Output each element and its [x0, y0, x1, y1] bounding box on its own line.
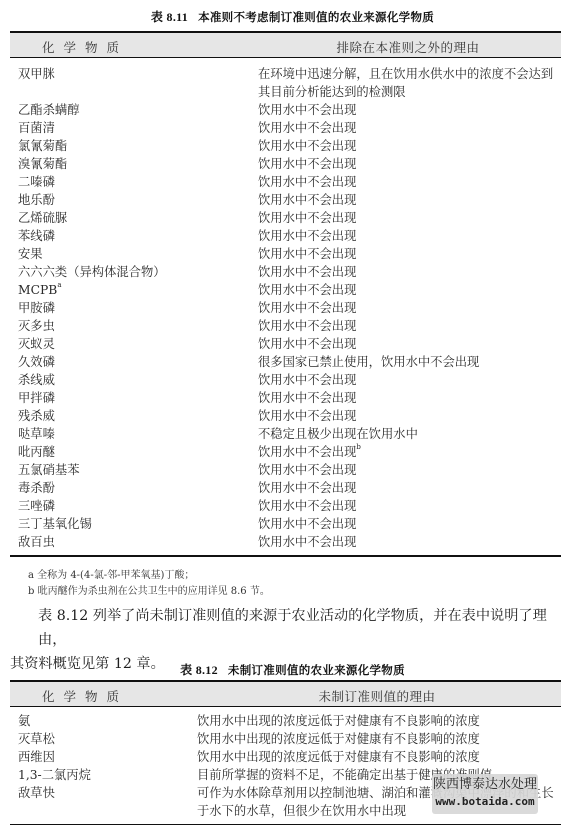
substance-cell: 灭多虫: [18, 317, 55, 335]
substance-name: 灭蚁灵: [18, 337, 55, 351]
substance-cell: 三丁基氧化锡: [18, 515, 92, 533]
substance-cell: 六六六类（异构体混合物）: [18, 263, 166, 281]
substance-name: 溴氰菊酯: [18, 157, 67, 171]
reason-cell: 饮用水中不会出现: [258, 389, 558, 407]
table-8-12-caption: 表 8.12未制订准则值的农业来源化学物质: [0, 661, 585, 678]
reason-cell: 饮用水中不会出现: [258, 461, 558, 479]
substance-cell: 久效磷: [18, 353, 55, 371]
table-header: 化学物质 排除在本准则之外的理由: [10, 31, 561, 58]
substance-name: 氨: [18, 714, 30, 728]
reason-cell: 饮用水中不会出现: [258, 335, 558, 353]
reason-cell: 饮用水中出现的浓度远低于对健康有不良影响的浓度: [197, 748, 555, 766]
substance-name: 五氯硝基苯: [18, 463, 80, 477]
substance-cell: 氯氰菊酯: [18, 137, 67, 155]
substance-name: 残杀威: [18, 409, 55, 423]
reason-text: 饮用水中不会出现: [258, 319, 356, 333]
column-header-reason: 排除在本准则之外的理由: [258, 38, 558, 56]
reason-text: 饮用水中不会出现: [258, 211, 356, 225]
reason-cell: 饮用水中不会出现b: [258, 443, 558, 461]
substance-name: 哒草嗪: [18, 427, 55, 441]
substance-cell: 哒草嗪: [18, 425, 55, 443]
column-header-reason: 未制订准则值的理由: [197, 687, 557, 705]
reason-cell: 饮用水中不会出现: [258, 479, 558, 497]
table-row: 杀线威饮用水中不会出现: [10, 371, 561, 389]
substance-name: 二嗪磷: [18, 175, 55, 189]
reason-cell: 饮用水中不会出现: [258, 155, 558, 173]
table-row: 灭蚁灵饮用水中不会出现: [10, 335, 561, 353]
reason-text: 饮用水中不会出现: [258, 445, 356, 459]
substance-name: 敌百虫: [18, 535, 55, 549]
reason-text: 饮用水中不会出现: [258, 517, 356, 531]
substance-name: 敌草快: [18, 786, 55, 800]
table-row: 双甲脒在环境中迅速分解，且在饮用水供水中的浓度不会达到其目前分析能达到的检测限: [10, 65, 561, 101]
substance-name: 苯线磷: [18, 229, 55, 243]
reason-text: 饮用水中不会出现: [258, 139, 356, 153]
table-row: 五氯硝基苯饮用水中不会出现: [10, 461, 561, 479]
footnote-marker: b: [356, 443, 360, 451]
reason-cell: 饮用水中不会出现: [258, 533, 558, 551]
reason-cell: 饮用水中不会出现: [258, 515, 558, 533]
reason-cell: 饮用水中不会出现: [258, 407, 558, 425]
substance-cell: 乙烯硫脲: [18, 209, 67, 227]
table-body: 双甲脒在环境中迅速分解，且在饮用水供水中的浓度不会达到其目前分析能达到的检测限乙…: [10, 58, 561, 557]
substance-cell: 溴氰菊酯: [18, 155, 67, 173]
reason-cell: 饮用水中出现的浓度远低于对健康有不良影响的浓度: [197, 712, 555, 730]
substance-cell: 甲胺磷: [18, 299, 55, 317]
substance-name: 杀线威: [18, 373, 55, 387]
substance-cell: 百菌清: [18, 119, 55, 137]
reason-cell: 饮用水中不会出现: [258, 101, 558, 119]
reason-cell: 饮用水中不会出现: [258, 263, 558, 281]
substance-name: 双甲脒: [18, 67, 55, 81]
substance-cell: 地乐酚: [18, 191, 55, 209]
watermark-company: 陕西博泰达水处理: [432, 776, 538, 794]
table-8-11-caption: 表 8.11本准则不考虑制订准则值的农业来源化学物质: [0, 8, 585, 25]
reason-text: 饮用水中不会出现: [258, 481, 356, 495]
substance-cell: 灭草松: [18, 730, 55, 748]
substance-name: 六六六类（异构体混合物）: [18, 265, 166, 279]
footnote-a: a 全称为 4-(4-氯-邻-甲苯氧基)丁酸；: [28, 568, 270, 584]
substance-name: 三唑磷: [18, 499, 55, 513]
footnotes: a 全称为 4-(4-氯-邻-甲苯氧基)丁酸； b 吡丙醚作为杀虫剂在公共卫生中…: [28, 568, 270, 600]
substance-cell: 氨: [18, 712, 30, 730]
substance-cell: 吡丙醚: [18, 443, 55, 461]
reason-text: 饮用水中不会出现: [258, 229, 356, 243]
column-header-substance: 化学物质: [10, 687, 160, 705]
reason-cell: 饮用水中不会出现: [258, 191, 558, 209]
substance-name: 地乐酚: [18, 193, 55, 207]
table-row: 安果饮用水中不会出现: [10, 245, 561, 263]
substance-name: 灭多虫: [18, 319, 55, 333]
table-row: 溴氰菊酯饮用水中不会出现: [10, 155, 561, 173]
table-row: 二嗪磷饮用水中不会出现: [10, 173, 561, 191]
table-row: 久效磷很多国家已禁止使用，饮用水中不会出现: [10, 353, 561, 371]
substance-cell: 敌百虫: [18, 533, 55, 551]
substance-cell: 杀线威: [18, 371, 55, 389]
substance-name: MCPB: [18, 283, 57, 297]
substance-name: 氯氰菊酯: [18, 139, 67, 153]
reason-cell: 饮用水中不会出现: [258, 209, 558, 227]
table-row: 乙烯硫脲饮用水中不会出现: [10, 209, 561, 227]
watermark-url: www.botaida.com: [432, 794, 538, 810]
substance-cell: 三唑磷: [18, 497, 55, 515]
substance-name: 乙酯杀螨醇: [18, 103, 80, 117]
reason-cell: 饮用水中不会出现: [258, 173, 558, 191]
reason-cell: 不稳定且极少出现在饮用水中: [258, 425, 558, 443]
substance-cell: 苯线磷: [18, 227, 55, 245]
reason-text: 饮用水中不会出现: [258, 463, 356, 477]
reason-text: 饮用水中不会出现: [258, 283, 356, 297]
watermark: 陕西博泰达水处理 www.botaida.com: [432, 774, 538, 814]
substance-cell: 西维因: [18, 748, 55, 766]
substance-name: 灭草松: [18, 732, 55, 746]
substance-cell: 1,3-二氯丙烷: [18, 766, 91, 784]
substance-cell: 安果: [18, 245, 43, 263]
reason-cell: 很多国家已禁止使用，饮用水中不会出现: [258, 353, 558, 371]
table-row: 残杀威饮用水中不会出现: [10, 407, 561, 425]
reason-text: 饮用水中不会出现: [258, 247, 356, 261]
table-row: 吡丙醚饮用水中不会出现b: [10, 443, 561, 461]
table-8-11: 化学物质 排除在本准则之外的理由 双甲脒在环境中迅速分解，且在饮用水供水中的浓度…: [10, 31, 561, 557]
table-row: 苯线磷饮用水中不会出现: [10, 227, 561, 245]
table-row: 氯氰菊酯饮用水中不会出现: [10, 137, 561, 155]
reason-text: 饮用水中不会出现: [258, 391, 356, 405]
table-row: 敌百虫饮用水中不会出现: [10, 533, 561, 551]
column-header-substance: 化学物质: [10, 38, 160, 56]
substance-name: 甲胺磷: [18, 301, 55, 315]
paragraph-line-1: 表 8.12 列举了尚未制订准则值的来源于农业活动的化学物质，并在表中说明了理由…: [10, 604, 570, 652]
table-header: 化学物质 未制订准则值的理由: [10, 680, 561, 707]
reason-cell: 饮用水中不会出现: [258, 281, 558, 299]
reason-cell: 饮用水中不会出现: [258, 299, 558, 317]
reason-text: 很多国家已禁止使用，饮用水中不会出现: [258, 355, 479, 369]
table-row: 乙酯杀螨醇饮用水中不会出现: [10, 101, 561, 119]
substance-cell: 乙酯杀螨醇: [18, 101, 80, 119]
table-row: 灭草松饮用水中出现的浓度远低于对健康有不良影响的浓度: [10, 730, 561, 748]
substance-cell: 甲拌磷: [18, 389, 55, 407]
reason-text: 饮用水中出现的浓度远低于对健康有不良影响的浓度: [197, 732, 480, 746]
reason-text: 饮用水中不会出现: [258, 337, 356, 351]
table-row: MCPBa饮用水中不会出现: [10, 281, 561, 299]
reason-text: 饮用水中不会出现: [258, 373, 356, 387]
substance-name: 甲拌磷: [18, 391, 55, 405]
reason-text: 饮用水中不会出现: [258, 157, 356, 171]
reason-text: 饮用水中不会出现: [258, 301, 356, 315]
table-row: 毒杀酚饮用水中不会出现: [10, 479, 561, 497]
table-8-12-number: 表 8.12: [180, 663, 218, 677]
substance-name: 三丁基氧化锡: [18, 517, 92, 531]
reason-text: 饮用水中不会出现: [258, 409, 356, 423]
substance-cell: 双甲脒: [18, 65, 55, 83]
reason-text: 饮用水中出现的浓度远低于对健康有不良影响的浓度: [197, 750, 480, 764]
reason-cell: 饮用水中不会出现: [258, 317, 558, 335]
substance-cell: 毒杀酚: [18, 479, 55, 497]
table-row: 地乐酚饮用水中不会出现: [10, 191, 561, 209]
substance-cell: 二嗪磷: [18, 173, 55, 191]
reason-text: 饮用水中不会出现: [258, 175, 356, 189]
reason-text: 在环境中迅速分解，且在饮用水供水中的浓度不会达到其目前分析能达到的检测限: [258, 67, 553, 99]
reason-text: 饮用水中不会出现: [258, 499, 356, 513]
reason-text: 饮用水中不会出现: [258, 121, 356, 135]
substance-cell: 敌草快: [18, 784, 55, 802]
substance-name: 1,3-二氯丙烷: [18, 768, 91, 782]
reason-cell: 饮用水中出现的浓度远低于对健康有不良影响的浓度: [197, 730, 555, 748]
reason-cell: 饮用水中不会出现: [258, 137, 558, 155]
substance-name: 久效磷: [18, 355, 55, 369]
substance-cell: 灭蚁灵: [18, 335, 55, 353]
reason-cell: 在环境中迅速分解，且在饮用水供水中的浓度不会达到其目前分析能达到的检测限: [258, 65, 558, 101]
reason-text: 饮用水中不会出现: [258, 103, 356, 117]
substance-name: 安果: [18, 247, 43, 261]
substance-name: 乙烯硫脲: [18, 211, 67, 225]
reason-cell: 饮用水中不会出现: [258, 371, 558, 389]
substance-cell: 残杀威: [18, 407, 55, 425]
table-row: 灭多虫饮用水中不会出现: [10, 317, 561, 335]
substance-name: 百菌清: [18, 121, 55, 135]
reason-text: 饮用水中出现的浓度远低于对健康有不良影响的浓度: [197, 714, 480, 728]
reason-text: 饮用水中不会出现: [258, 193, 356, 207]
table-row: 西维因饮用水中出现的浓度远低于对健康有不良影响的浓度: [10, 748, 561, 766]
table-row: 六六六类（异构体混合物）饮用水中不会出现: [10, 263, 561, 281]
substance-cell: 五氯硝基苯: [18, 461, 80, 479]
table-row: 甲胺磷饮用水中不会出现: [10, 299, 561, 317]
table-row: 哒草嗪不稳定且极少出现在饮用水中: [10, 425, 561, 443]
substance-name: 毒杀酚: [18, 481, 55, 495]
reason-cell: 饮用水中不会出现: [258, 497, 558, 515]
reason-cell: 饮用水中不会出现: [258, 245, 558, 263]
table-row: 三丁基氧化锡饮用水中不会出现: [10, 515, 561, 533]
reason-cell: 饮用水中不会出现: [258, 227, 558, 245]
reason-text: 不稳定且极少出现在饮用水中: [258, 427, 418, 441]
table-row: 氨饮用水中出现的浓度远低于对健康有不良影响的浓度: [10, 712, 561, 730]
table-8-11-title: 本准则不考虑制订准则值的农业来源化学物质: [198, 10, 434, 24]
reason-cell: 饮用水中不会出现: [258, 119, 558, 137]
table-row: 百菌清饮用水中不会出现: [10, 119, 561, 137]
substance-name: 吡丙醚: [18, 445, 55, 459]
footnote-b: b 吡丙醚作为杀虫剂在公共卫生中的应用详见 8.6 节。: [28, 584, 270, 600]
reason-text: 饮用水中不会出现: [258, 265, 356, 279]
table-8-12-title: 未制订准则值的农业来源化学物质: [228, 663, 405, 677]
substance-cell: MCPBa: [18, 281, 62, 299]
substance-name: 西维因: [18, 750, 55, 764]
footnote-marker: a: [57, 281, 61, 289]
table-8-11-number: 表 8.11: [151, 10, 188, 24]
reason-text: 饮用水中不会出现: [258, 535, 356, 549]
table-row: 甲拌磷饮用水中不会出现: [10, 389, 561, 407]
table-row: 三唑磷饮用水中不会出现: [10, 497, 561, 515]
